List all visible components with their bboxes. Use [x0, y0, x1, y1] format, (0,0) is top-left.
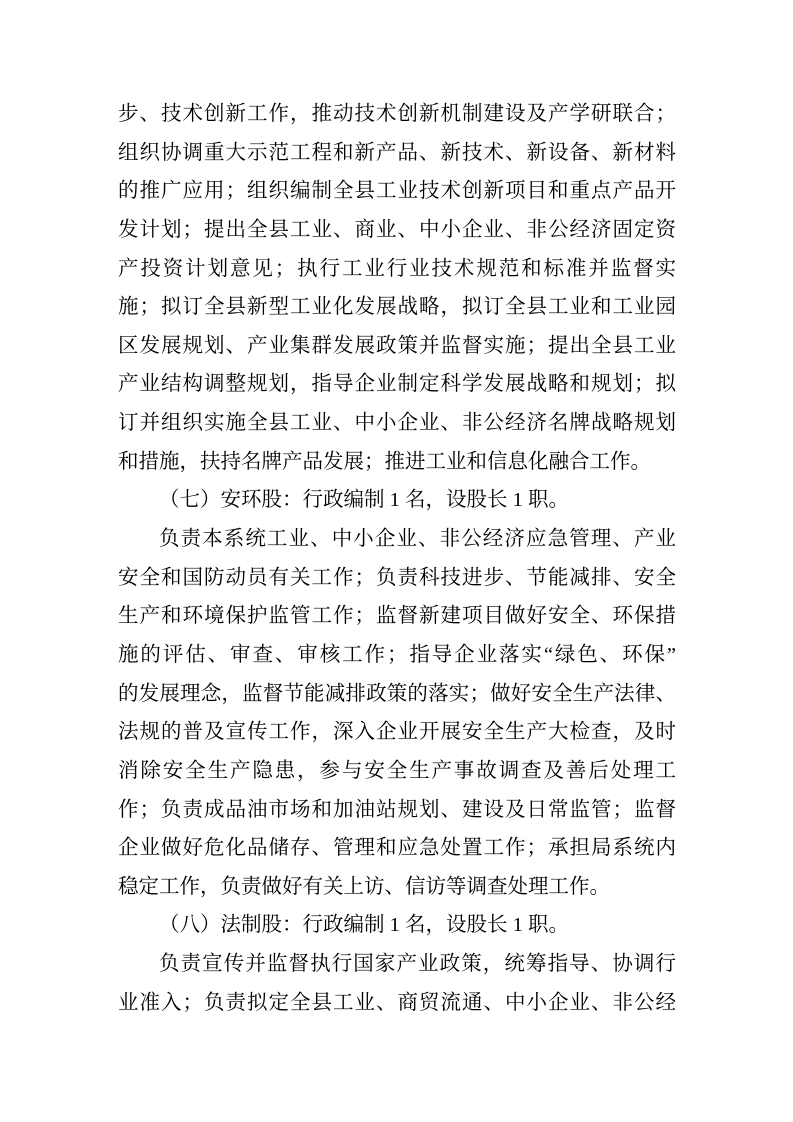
text-line: 组织协调重大示范工程和新产品、新技术、新设备、新材料: [118, 134, 676, 173]
text-line: 生产和环境保护监管工作；监督新建项目做好安全、环保措: [118, 597, 676, 636]
text-line: 施的评估、审查、审核工作；指导企业落实“绿色、环保”: [118, 636, 676, 675]
text-line: 负责本系统工业、中小企业、非公经济应急管理、产业: [118, 520, 676, 559]
text-line: 安全和国防动员有关工作；负责科技进步、节能减排、安全: [118, 559, 676, 598]
text-line: （七）安环股：行政编制 1 名，设股长 1 职。: [118, 481, 676, 520]
text-line: 步、技术创新工作，推动技术创新机制建设及产学研联合；: [118, 95, 676, 134]
text-line: 的发展理念，监督节能减排政策的落实；做好安全生产法律、: [118, 675, 676, 714]
text-line: 企业做好危化品储存、管理和应急处置工作；承担局系统内: [118, 829, 676, 868]
text-line: 消除安全生产隐患，参与安全生产事故调查及善后处理工: [118, 752, 676, 791]
document-body: 步、技术创新工作，推动技术创新机制建设及产学研联合；组织协调重大示范工程和新产品…: [118, 95, 676, 1022]
text-line: 区发展规划、产业集群发展政策并监督实施；提出全县工业: [118, 327, 676, 366]
document-page: 步、技术创新工作，推动技术创新机制建设及产学研联合；组织协调重大示范工程和新产品…: [0, 0, 793, 1122]
text-line: 稳定工作，负责做好有关上访、信访等调查处理工作。: [118, 868, 676, 907]
text-line: 发计划；提出全县工业、商业、中小企业、非公经济固定资: [118, 211, 676, 250]
text-line: 施；拟订全县新型工业化发展战略，拟订全县工业和工业园: [118, 288, 676, 327]
text-line: 产业结构调整规划，指导企业制定科学发展战略和规划；拟: [118, 365, 676, 404]
text-line: 订并组织实施全县工业、中小企业、非公经济名牌战略规划: [118, 404, 676, 443]
text-line: 业准入；负责拟定全县工业、商贸流通、中小企业、非公经: [118, 984, 676, 1023]
text-line: 作；负责成品油市场和加油站规划、建设及日常监管；监督: [118, 791, 676, 830]
text-line: 产投资计划意见；执行工业行业技术规范和标准并监督实: [118, 250, 676, 289]
text-line: 的推广应用；组织编制全县工业技术创新项目和重点产品开: [118, 172, 676, 211]
text-line: 负责宣传并监督执行国家产业政策，统筹指导、协调行: [118, 945, 676, 984]
text-line: （八）法制股：行政编制 1 名，设股长 1 职。: [118, 906, 676, 945]
text-line: 和措施，扶持名牌产品发展；推进工业和信息化融合工作。: [118, 443, 676, 482]
text-line: 法规的普及宣传工作，深入企业开展安全生产大检查，及时: [118, 713, 676, 752]
